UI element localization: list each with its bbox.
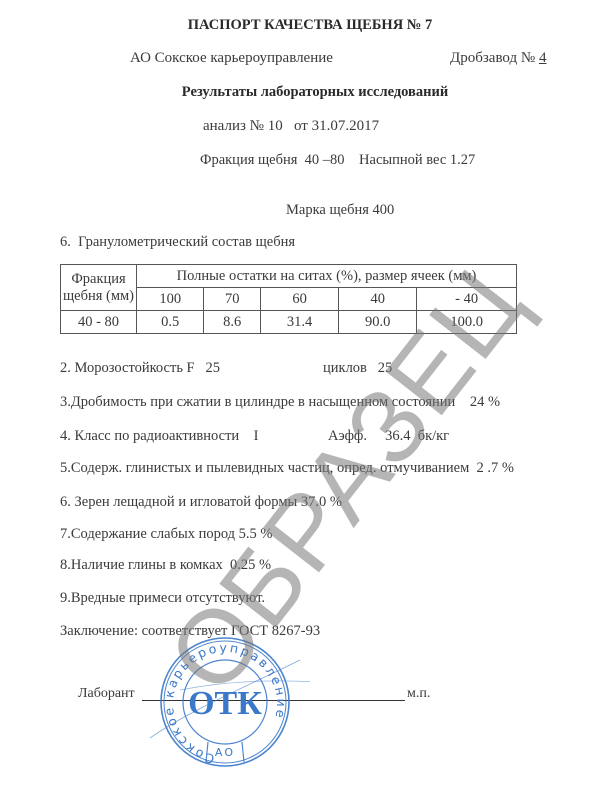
item-clay-dust: 5.Содерж. глинистых и пылевидных частиц,… [60,460,514,477]
item-frost-resistance: 2. Морозостойкость F 25циклов 25 [60,360,220,377]
sieve-size: 100 [137,288,204,311]
section-granulometric-title: 6. Гранулометрический состав щебня [60,234,295,251]
item-radioactivity: 4. Класс по радиоактивности IАэфф. 36.4 … [60,428,259,445]
item-flaky-grains: 6. Зерен лещадной и игловатой формы 37.0… [60,494,342,511]
fraction-cell: 40 - 80 [61,311,137,334]
frost-label: 2. Морозостойкость F 25 [60,360,220,376]
item-crushability: 3.Дробимость при сжатии в цилиндре в нас… [60,394,500,411]
granulometric-table: Фракция щебня (мм) Полные остатки на сит… [60,264,517,334]
otk-stamp-icon: Сокское карьероуправление ОТК АО [150,630,310,780]
radioactivity-class: 4. Класс по радиоактивности I [60,428,259,444]
sieve-size: - 40 [417,288,517,311]
document-title: ПАСПОРТ КАЧЕСТВА ЩЕБНЯ № 7 [0,17,600,34]
residue-cell: 8.6 [204,311,261,334]
fraction-bulk-weight: Фракция щебня 40 –80 Насыпной вес 1.27 [200,152,475,169]
residue-cell: 90.0 [339,311,417,334]
residue-cell: 0.5 [137,311,204,334]
plant-label: Дробзавод № [450,50,539,66]
fraction-header: Фракция щебня (мм) [61,265,137,311]
table-row: 40 - 80 0.5 8.6 31.4 90.0 100.0 [61,311,517,334]
sieve-size: 40 [339,288,417,311]
residue-cell: 31.4 [261,311,339,334]
plant-number: Дробзавод № 4 [450,50,546,67]
seal-place-label: м.п. [407,686,430,702]
frost-cycles: циклов 25 [323,360,392,377]
item-weak-rocks: 7.Содержание слабых пород 5.5 % [60,526,273,543]
residue-cell: 100.0 [417,311,517,334]
plant-number-value: 4 [539,50,547,66]
radioactivity-aeff: Аэфф. 36.4 бк/кг [328,428,449,445]
residues-header: Полные остатки на ситах (%), размер ячее… [137,265,517,288]
document-subtitle: Результаты лабораторных исследований [0,84,600,101]
stamp-bottom-text: АО [215,746,235,759]
sieve-size: 70 [204,288,261,311]
company-name: АО Сокское карьероуправление [130,50,333,67]
crushed-stone-grade: Марка щебня 400 [286,202,394,219]
analysis-info: анализ № 10 от 31.07.2017 [203,118,379,135]
lab-assistant-label: Лаборант [78,686,135,702]
sieve-size: 60 [261,288,339,311]
item-impurities: 9.Вредные примеси отсутствуют. [60,590,265,607]
item-clay-lumps: 8.Наличие глины в комках 0.25 % [60,557,271,574]
stamp-center-text: ОТК [188,685,262,722]
